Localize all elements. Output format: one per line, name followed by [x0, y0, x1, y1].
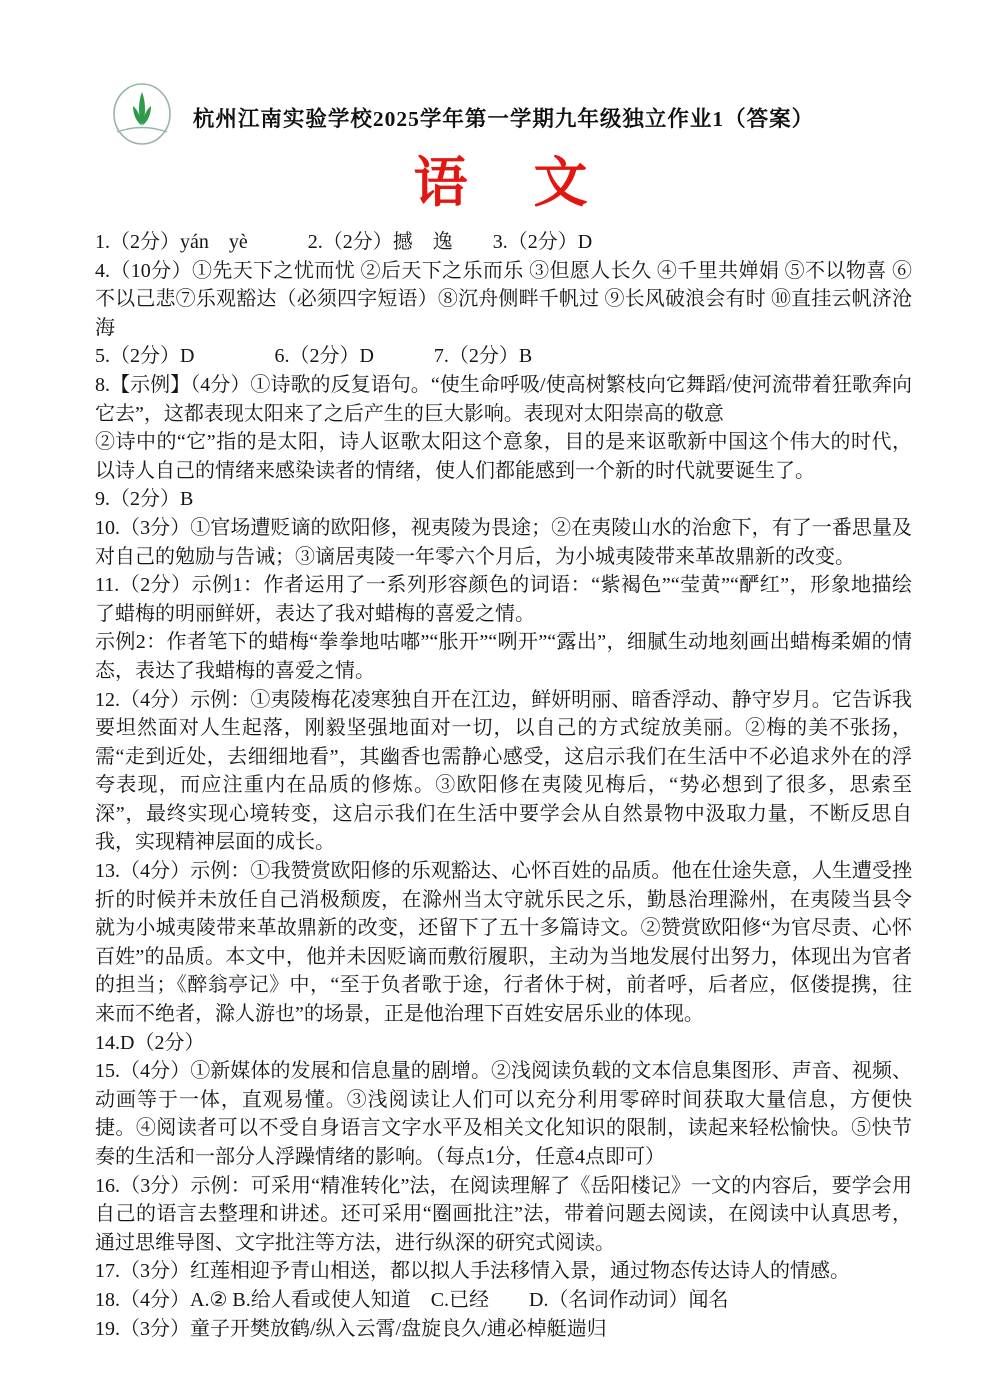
answer-item-9: 9.（2分）B: [95, 485, 912, 514]
answer-item-11-ex2: 示例2：作者笔下的蜡梅“拳拳地咕嘟”“胀开”“咧开”“露出”，细腻生动地刻画出蜡…: [95, 628, 912, 685]
answer-item-8-part1: 8.【示例】（4分）①诗歌的反复语句。“使生命呼吸/使高树繁枝向它舞蹈/使河流带…: [95, 371, 912, 428]
document-page: 杭州江南实验学校2025学年第一学期九年级独立作业1（答案） 语 文 1.（2分…: [0, 0, 1000, 1386]
answer-item-1-3: 1.（2分）yán yè 2.（2分）撼 逸 3.（2分）D: [95, 228, 912, 257]
answer-item-4: 4.（10分）①先天下之忧而忧 ②后天下之乐而乐 ③但愿人长久 ④千里共婵娟 ⑤…: [95, 257, 912, 343]
document-header: 杭州江南实验学校2025学年第一学期九年级独立作业1（答案）: [95, 84, 912, 148]
school-title: 杭州江南实验学校2025学年第一学期九年级独立作业1（答案）: [95, 84, 912, 133]
answer-item-5-7: 5.（2分）D 6.（2分）D 7.（2分）B: [95, 342, 912, 371]
subject-title: 语 文: [95, 154, 912, 212]
answer-item-14: 14.D（2分）: [95, 1029, 912, 1058]
answer-item-11-ex1: 11.（2分）示例1：作者运用了一系列形容颜色的词语：“紫褐色”“莹黄”“酽红”…: [95, 571, 912, 628]
answer-item-18: 18.（4分）A.② B.给人看或使人知道 C.已经 D.（名词作动词）闻名: [95, 1286, 912, 1315]
answer-item-15: 15.（4分）①新媒体的发展和信息量的剧增。②浅阅读负载的文本信息集图形、声音、…: [95, 1057, 912, 1171]
answer-item-13: 13.（4分）示例：①我赞赏欧阳修的乐观豁达、心怀百姓的品质。他在仕途失意，人生…: [95, 857, 912, 1029]
answer-item-8-part2: ②诗中的“它”指的是太阳，诗人讴歌太阳这个意象，目的是来讴歌新中国这个伟大的时代…: [95, 428, 912, 485]
answers-body: 1.（2分）yán yè 2.（2分）撼 逸 3.（2分）D 4.（10分）①先…: [95, 228, 912, 1343]
answer-item-12: 12.（4分）示例：①夷陵梅花凌寒独自开在江边，鲜妍明丽、暗香浮动、静守岁月。它…: [95, 686, 912, 858]
answer-item-10: 10.（3分）①官场遭贬谪的欧阳修，视夷陵为畏途；②在夷陵山水的治愈下，有了一番…: [95, 514, 912, 571]
answer-item-16: 16.（3分）示例：可采用“精准转化”法，在阅读理解了《岳阳楼记》一文的内容后，…: [95, 1172, 912, 1258]
school-logo-icon: [111, 82, 173, 148]
answer-item-17: 17.（3分）红莲相迎予青山相送，都以拟人手法移情入景，通过物态传达诗人的情感。: [95, 1257, 912, 1286]
answer-item-19: 19.（3分）童子开樊放鹤/纵入云霄/盘旋良久/逋必棹艇遄归: [95, 1315, 912, 1344]
